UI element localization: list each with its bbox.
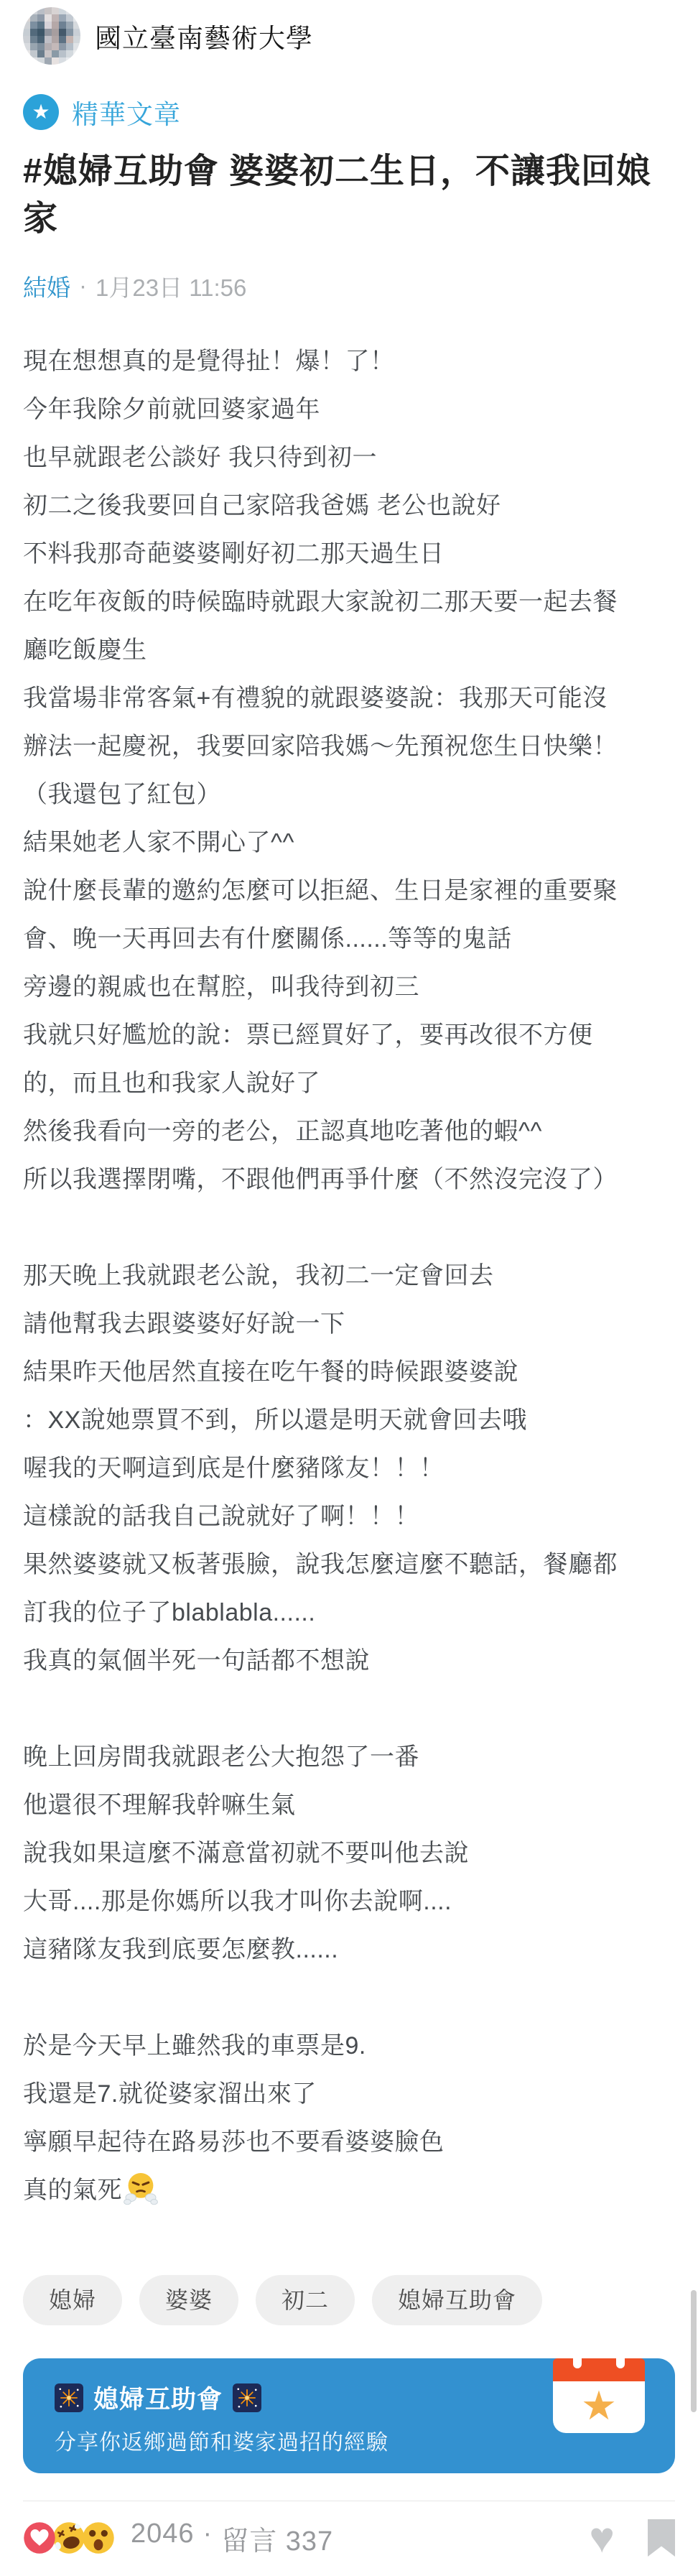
scrollbar-thumb[interactable] [691,2290,697,2412]
star-circle-icon: ★ [23,94,59,130]
post-meta: 結婚 · 1月23日 11:56 [23,270,675,302]
calendar-body: ★ [553,2381,645,2433]
heart-reaction-icon [23,2521,56,2554]
post-footer: 2046 · 留言 337 ♥ [23,2517,675,2559]
school-name: 國立臺南藝術大學 [95,17,313,55]
featured-badge-label: 精華文章 [72,93,181,131]
surprised-emoji-icon [82,2521,115,2554]
calendar-top-band [553,2358,645,2381]
reaction-count: 2046 [131,2519,195,2558]
footer-divider [23,2501,675,2501]
post-body-text: 現在想想真的是覺得扯！爆！了！ 今年我除夕前就回婆家過年 也早就跟老公談好 我只… [23,348,618,2204]
reaction-counts: 2046 · 留言 337 [131,2519,333,2558]
avatar [23,7,80,65]
calendar-ring-hole [616,2358,625,2368]
tag-pill[interactable]: 婆婆 [139,2275,238,2325]
promo-card-title: 媳婦互助會 [93,2380,223,2416]
post-body: 現在想想真的是覺得扯！爆！了！ 今年我除夕前就回婆家過年 也早就跟老公談好 我只… [23,338,630,2215]
tag-pill[interactable]: 媳婦 [23,2275,122,2325]
reaction-summary[interactable]: 2046 · 留言 337 [23,2519,333,2558]
fireworks-emoji [233,2383,261,2412]
calendar-ring-hole [573,2358,582,2368]
meta-separator: · [79,272,87,300]
rofl-emoji-icon [52,2521,85,2554]
tag-pill[interactable]: 媳婦互助會 [372,2275,542,2325]
topic-link[interactable]: 結婚 [23,269,70,303]
post-header: 國立臺南藝術大學 [23,7,675,65]
timestamp: 1月23日 11:56 [96,269,246,303]
tag-list: 媳婦 婆婆 初二 媳婦互助會 [23,2275,675,2325]
fireworks-emoji [55,2383,83,2412]
post-page: 國立臺南藝術大學 ★ 精華文章 #媳婦互助會 婆婆初二生日，不讓我回娘家 結婚 … [0,0,698,2576]
featured-badge[interactable]: ★ 精華文章 [23,93,675,131]
calendar-star-glyph: ★ [581,2386,617,2426]
calendar-star-icon: ★ [553,2358,645,2433]
tag-pill[interactable]: 初二 [256,2275,355,2325]
face-with-steam-from-nose-emoji [124,2171,158,2205]
bookmark-icon[interactable] [648,2519,675,2557]
avatar-pixels [23,7,80,65]
post-actions: ♥ [589,2516,675,2559]
topic-promo-card[interactable]: 媳婦互助會 分享你返鄉過節和婆家過招的經驗 ★ [23,2358,675,2473]
post-title: #媳婦互助會 婆婆初二生日，不讓我回娘家 [23,148,655,243]
count-separator: · [203,2519,213,2558]
comments-count[interactable]: 留言 337 [221,2519,333,2558]
heart-icon[interactable]: ♥ [589,2516,615,2559]
